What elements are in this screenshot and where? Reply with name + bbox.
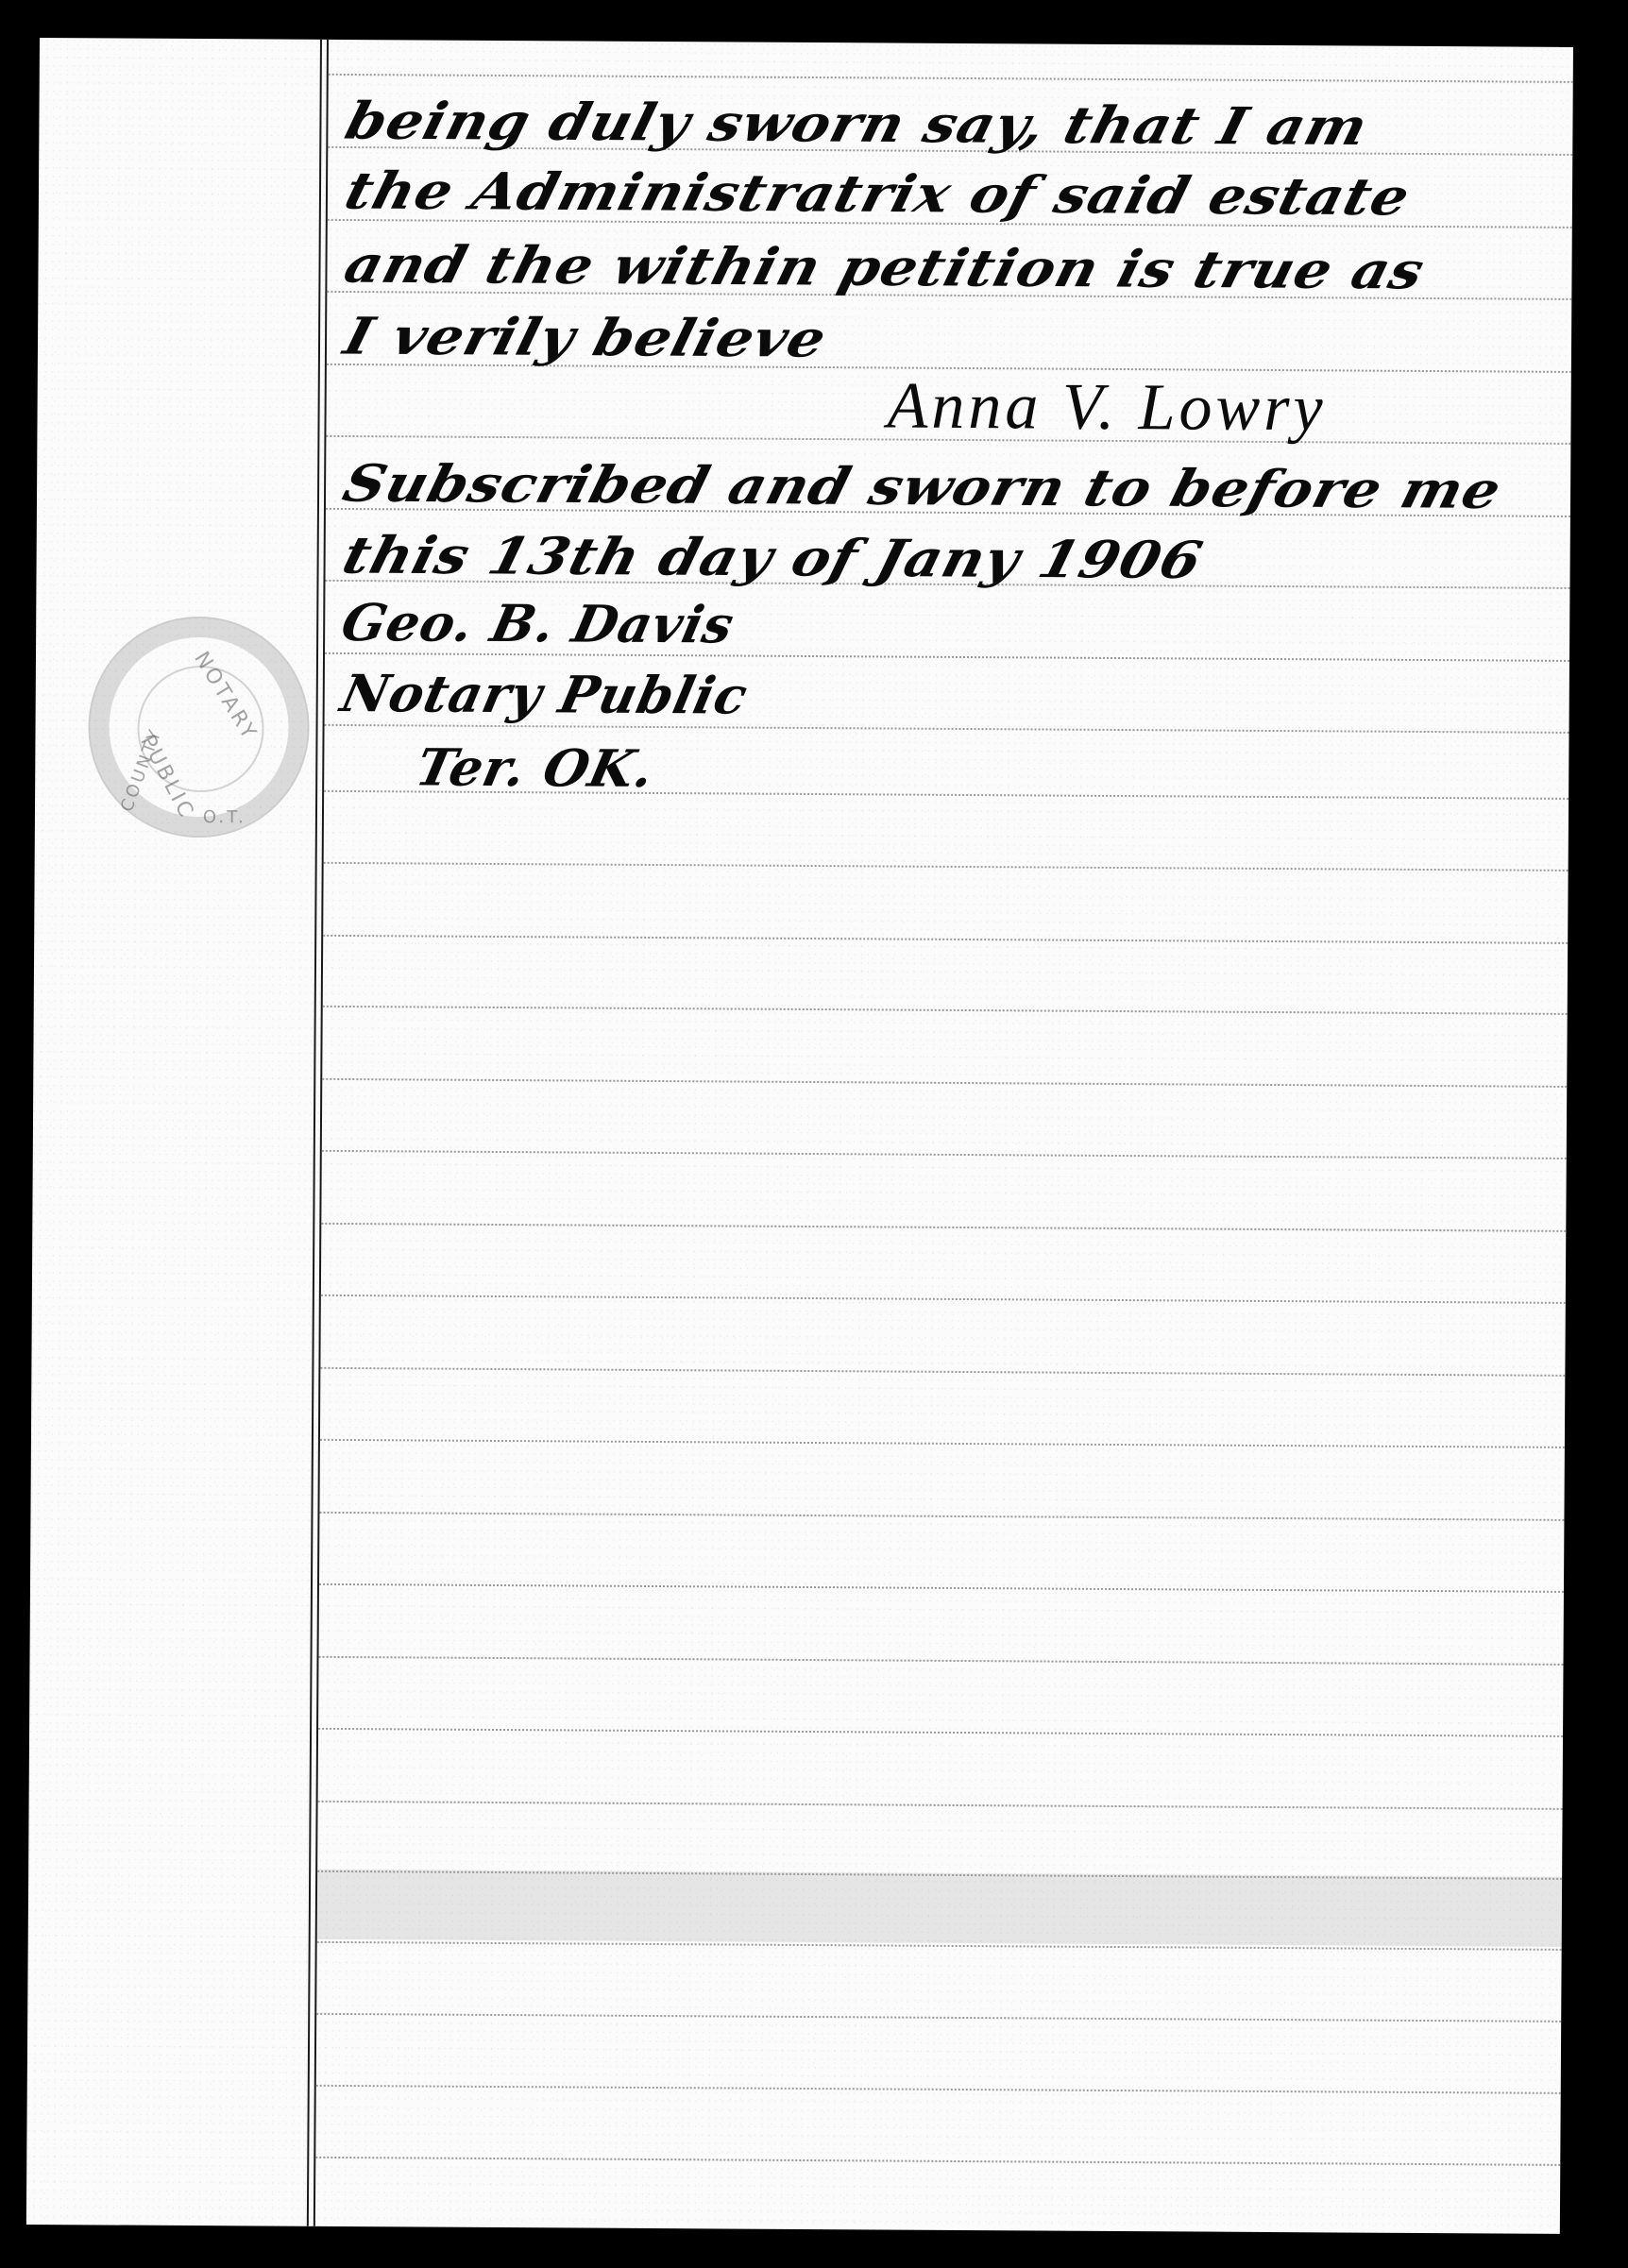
body-line-2: the Administratrix of said estate: [339, 161, 1416, 228]
jurat-line-1: Subscribed and sworn to before me: [337, 454, 1507, 520]
notary-seal-emboss: NOTARY PUBLIC COUNTY O.T.: [88, 616, 310, 838]
body-line-3: and the within petition is true as: [338, 235, 1431, 301]
notary-jurisdiction: Ter. OK.: [411, 737, 660, 799]
document-page: NOTARY PUBLIC COUNTY O.T. being duly swo…: [26, 38, 1573, 2234]
body-line-4: I verily believe: [338, 307, 833, 369]
notary-title: Notary Public: [336, 663, 754, 726]
seal-ring-text-2: O.T.: [203, 807, 246, 827]
body-line-1: being duly sworn say, that I am: [339, 92, 1374, 157]
notary-name: Geo. B. Davis: [336, 592, 739, 654]
jurat-line-2: this 13th day of Jany 1906: [336, 526, 1209, 590]
affiant-signature: Anna V. Lowry: [887, 368, 1326, 447]
